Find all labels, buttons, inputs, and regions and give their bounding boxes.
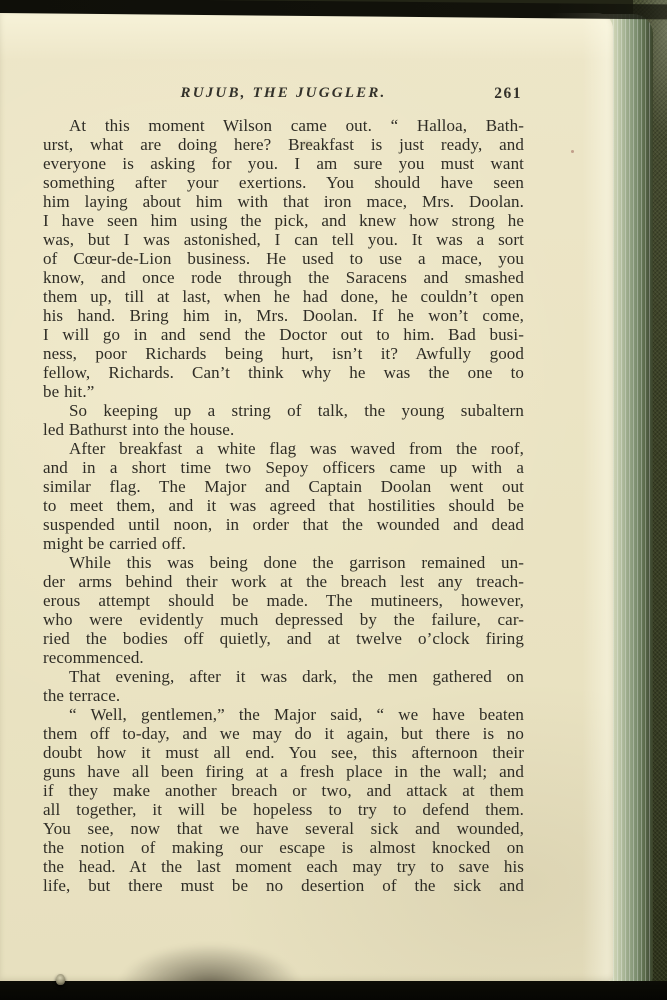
text-line: “ Well, gentlemen,” the Major said, “ we… (43, 705, 524, 724)
text-line: if they make another breach or two, and … (43, 781, 524, 800)
text-line: der arms behind their work at the breach… (43, 572, 524, 591)
text-line: might be carried off. (43, 534, 524, 553)
text-line: similar flag. The Major and Captain Dool… (43, 477, 524, 496)
text-line: fellow, Richards. Can’t think why he was… (43, 363, 524, 382)
text-line: all together, it will be hopeless to try… (43, 800, 524, 819)
text-line: know, and once rode through the Saracens… (43, 268, 524, 287)
text-line: led Bathurst into the house. (43, 420, 524, 439)
text-line: While this was being done the garrison r… (43, 553, 524, 572)
text-line: the notion of making our escape is almos… (43, 838, 524, 857)
paper-smudge (300, 141, 314, 147)
book-page: RUJUB, THE JUGGLER. 261 At this moment W… (0, 13, 613, 981)
binding-pin (56, 974, 65, 985)
text-line: them up, till at last, when he had done,… (43, 287, 524, 306)
text-line: You see, now that we have several sick a… (43, 819, 524, 838)
text-line: erous attempt should be made. The mutine… (43, 591, 524, 610)
text-line: ness, poor Richards being hurt, isn’t it… (43, 344, 524, 363)
text-line: everyone is asking for you. I am sure yo… (43, 154, 524, 173)
scanned-book-photo: RUJUB, THE JUGGLER. 261 At this moment W… (0, 0, 667, 1000)
text-line: life, but there must be no desertion of … (43, 876, 524, 895)
text-line: of Cœur-de-Lion business. He used to use… (43, 249, 524, 268)
paper-speck (571, 150, 574, 153)
text-line: After breakfast a white flag was waved f… (43, 439, 524, 458)
text-line: doubt how it must all end. You see, this… (43, 743, 524, 762)
text-line: At this moment Wilson came out. “ Halloa… (43, 116, 524, 135)
text-line: the terrace. (43, 686, 524, 705)
text-line: who were evidently much depressed by the… (43, 610, 524, 629)
text-line: be hit.” (43, 382, 524, 401)
text-line: urst, what are doing here? Breakfast is … (43, 135, 524, 154)
text-line: I have seen him using the pick, and knew… (43, 211, 524, 230)
page-number: 261 (494, 85, 522, 103)
book-title-header: RUJUB, THE JUGGLER. (43, 85, 524, 102)
text-line: So keeping up a string of talk, the youn… (43, 401, 524, 420)
text-line: and in a short time two Sepoy officers c… (43, 458, 524, 477)
running-header: RUJUB, THE JUGGLER. 261 (43, 85, 524, 107)
text-line: recommenced. (43, 648, 524, 667)
text-line: them off to-day, and we may do it again,… (43, 724, 524, 743)
body-text: At this moment Wilson came out. “ Halloa… (43, 116, 524, 895)
text-line: ried the bodies off quietly, and at twel… (43, 629, 524, 648)
text-line: him laying about him with that iron mace… (43, 192, 524, 211)
photo-bottom-border (0, 981, 667, 1000)
text-line: That evening, after it was dark, the men… (43, 667, 524, 686)
text-line: was, but I was astonished, I can tell yo… (43, 230, 524, 249)
text-line: the head. At the last moment each may tr… (43, 857, 524, 876)
text-line: his hand. Bring him in, Mrs. Doolan. If … (43, 306, 524, 325)
text-line: guns have all been firing at a fresh pla… (43, 762, 524, 781)
text-line: I will go in and send the Doctor out to … (43, 325, 524, 344)
text-line: to meet them, and it was agreed that hos… (43, 496, 524, 515)
text-line: something after your exertions. You shou… (43, 173, 524, 192)
text-line: suspended until noon, in order that the … (43, 515, 524, 534)
